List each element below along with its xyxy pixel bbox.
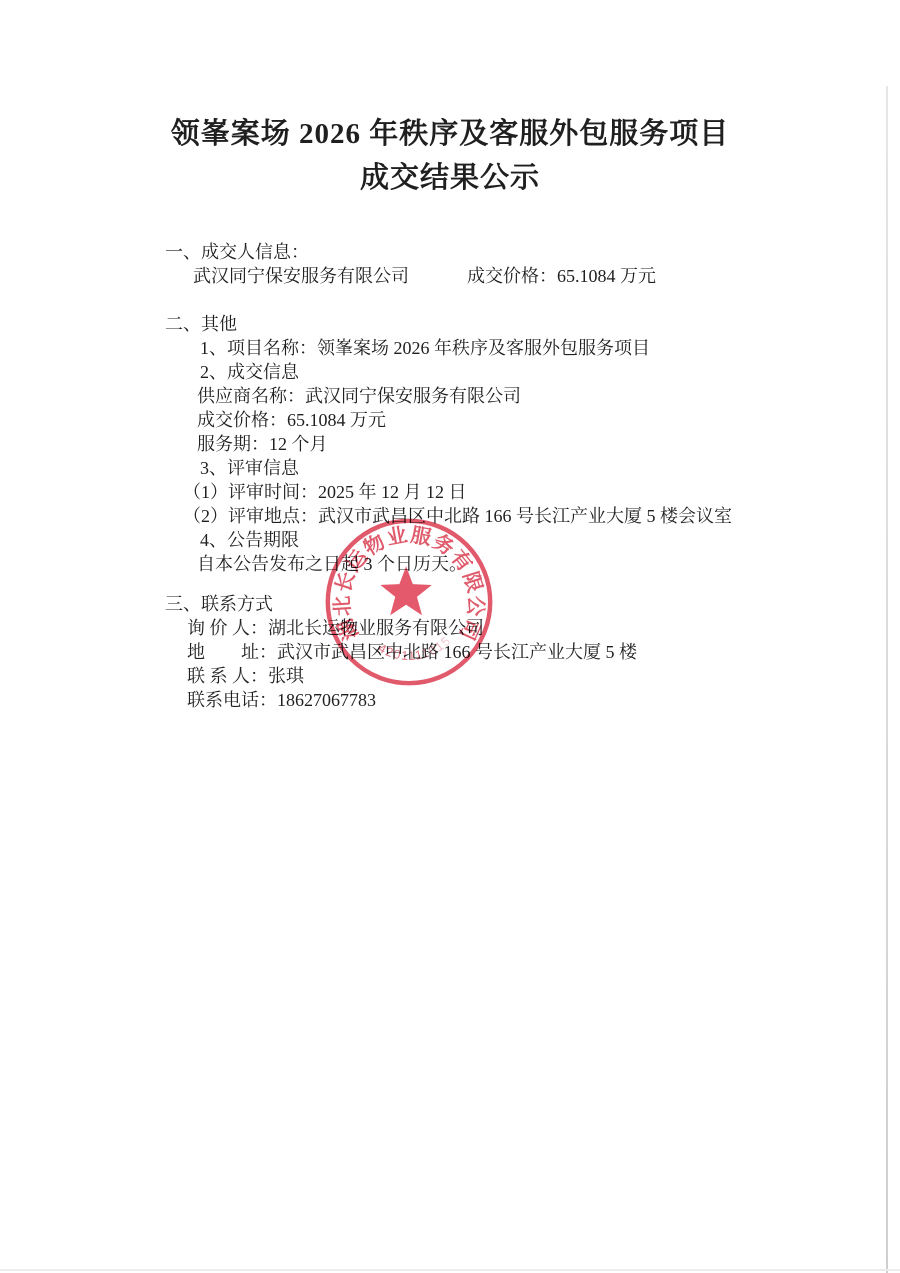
notice-period-text-line: 自本公告发布之日起 3 个日历天。 bbox=[0, 552, 900, 576]
document-page: 领峯案场 2026 年秩序及客服外包服务项目 成交结果公示 一、成交人信息： 武… bbox=[0, 0, 900, 1273]
section3-heading: 三、联系方式 bbox=[0, 592, 900, 616]
blank-line bbox=[0, 576, 900, 592]
review-place-line: （2）评审地点：武汉市武昌区中北路 166 号长江产业大厦 5 楼会议室 bbox=[0, 504, 900, 528]
document-body: 一、成交人信息： 武汉同宁保安服务有限公司成交价格：65.1084 万元 二、其… bbox=[0, 240, 900, 712]
deal-price: 成交价格：65.1084 万元 bbox=[467, 266, 656, 286]
project-name-line: 1、项目名称：领峯案场 2026 年秩序及客服外包服务项目 bbox=[0, 336, 900, 360]
section2-heading: 二、其他 bbox=[0, 312, 900, 336]
address-line: 地 址：武汉市武昌区中北路 166 号长江产业大厦 5 楼 bbox=[0, 640, 900, 664]
review-info-line: 3、评审信息 bbox=[0, 456, 900, 480]
contact-person-line: 联 系 人：张琪 bbox=[0, 664, 900, 688]
winner-line: 武汉同宁保安服务有限公司成交价格：65.1084 万元 bbox=[0, 264, 900, 288]
scan-edge-right bbox=[886, 86, 888, 1273]
winner-name: 武汉同宁保安服务有限公司 bbox=[193, 266, 409, 286]
review-time-line: （1）评审时间：2025 年 12 月 12 日 bbox=[0, 480, 900, 504]
price-line: 成交价格：65.1084 万元 bbox=[0, 408, 900, 432]
deal-info-line: 2、成交信息 bbox=[0, 360, 900, 384]
supplier-line: 供应商名称：武汉同宁保安服务有限公司 bbox=[0, 384, 900, 408]
document-title: 领峯案场 2026 年秩序及客服外包服务项目 成交结果公示 bbox=[0, 112, 900, 200]
document-title-line2: 成交结果公示 bbox=[0, 156, 900, 200]
blank-line bbox=[0, 288, 900, 312]
document-title-line1: 领峯案场 2026 年秩序及客服外包服务项目 bbox=[0, 112, 900, 156]
notice-period-heading-line: 4、公告期限 bbox=[0, 528, 900, 552]
inquirer-line: 询 价 人：湖北长运物业服务有限公司 bbox=[0, 616, 900, 640]
scan-edge-bottom bbox=[0, 1269, 900, 1271]
service-period-line: 服务期：12 个月 bbox=[0, 432, 900, 456]
section1-heading: 一、成交人信息： bbox=[0, 240, 900, 264]
contact-phone-line: 联系电话：18627067783 bbox=[0, 688, 900, 712]
